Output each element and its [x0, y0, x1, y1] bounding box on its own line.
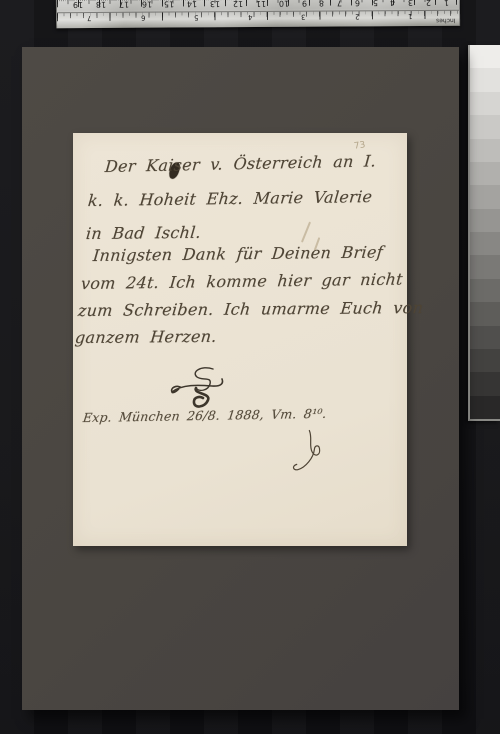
ruler: 19181716151413121110987654321 7654321 In… [56, 0, 460, 28]
ruler-cm-scale: 19181716151413121110987654321 [57, 0, 459, 9]
letter-line: ganzem Herzen. [74, 327, 218, 347]
clerk-paraph-icon [289, 426, 338, 480]
letter-line: zum Schreiben. Ich umarme Euch von [77, 298, 424, 320]
letter-line: Der Kaiser v. Österreich an I. [104, 151, 377, 176]
pencil-mark [301, 222, 311, 243]
letter-line: in Bad Ischl. [85, 223, 202, 243]
ruler-inch-scale: 7654321 [57, 12, 459, 22]
letter-line: Innigsten Dank für Deinen Brief [92, 242, 384, 265]
letter-paper: 73 Der Kaiser v. Österreich an I. k. k. … [73, 133, 407, 546]
grayscale-calibration-strip [468, 45, 500, 421]
letter-line: k. k. Hoheit Ehz. Marie Valerie [87, 187, 373, 210]
letter-line: vom 24t. Ich komme hier gar nicht [80, 269, 404, 293]
ruler-unit-label: Inches [436, 17, 456, 24]
page-number-annotation: 73 [353, 140, 366, 151]
archive-photo: 19181716151413121110987654321 7654321 In… [0, 0, 500, 734]
imperial-monogram-icon [167, 366, 231, 412]
expedition-dateline: Exp. München 26/8. 1888, Vm. 8¹⁰. [82, 406, 327, 425]
